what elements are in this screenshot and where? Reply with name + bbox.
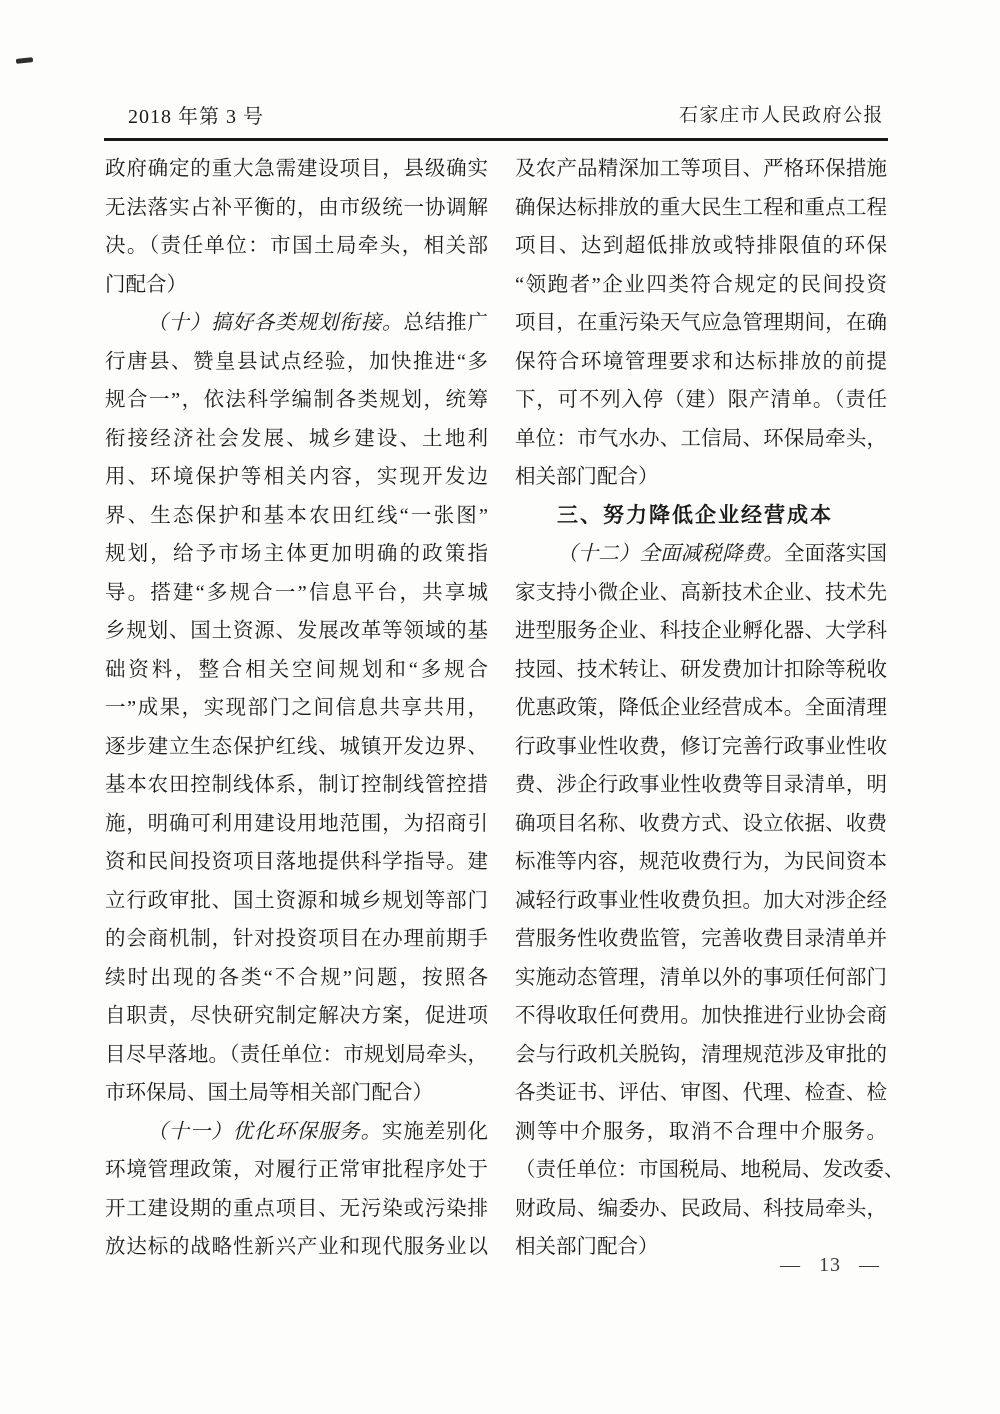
body-text: 市环保局、国土局等相关部门配合）	[105, 1082, 433, 1104]
text-line: 减轻行政事业性收费负担。加大对涉企经	[515, 882, 887, 921]
body-text: 及农产品精深加工等项目、严格环保措施	[515, 158, 887, 180]
text-line: 实施动态管理，清单以外的事项任何部门	[515, 959, 887, 998]
item-title-text: （十二）全面减税降费。	[557, 543, 784, 565]
body-text: 确项目名称、收费方式、设立依据、收费	[515, 813, 887, 835]
text-line: 用、环境保护等相关内容，实现开发边	[105, 458, 488, 497]
text-line: 开工建设期的重点项目、无污染或污染排	[105, 1190, 488, 1229]
text-line: （十）搞好各类规划衔接。总结推广	[105, 304, 488, 343]
header-publication-title: 石家庄市人民政府公报	[679, 100, 884, 127]
body-text: 基本农田控制线体系，制订控制线管控措	[105, 774, 488, 796]
text-line: 行唐县、赞皇县试点经验，加快推进“多	[105, 343, 488, 382]
body-text: 界、生态保护和基本农田红线“一张图”	[105, 505, 488, 527]
body-text: 单位：市气水办、工信局、环保局牵头，	[515, 428, 887, 450]
body-text: 逐步建立生态保护红线、城镇开发边界、	[105, 736, 488, 758]
body-text: 标准等内容，规范收费行为，为民间资本	[515, 851, 887, 873]
text-line: 确保达标排放的重大民生工程和重点工程	[515, 189, 887, 228]
text-line: 下，可不列入停（建）限产清单。（责任	[515, 381, 887, 420]
body-text: 项目、达到超低排放或特排限值的环保	[515, 235, 887, 257]
body-text: 测等中介服务，取消不合理中介服务。	[515, 1121, 887, 1143]
body-text: 优惠政策，降低企业经营成本。全面清理	[515, 697, 887, 719]
gazette-page: 2018 年第 3 号 石家庄市人民政府公报 政府确定的重大急需建设项目，县级确…	[0, 0, 1000, 1414]
text-line: 环境管理政策，对履行正常审批程序处于	[105, 1151, 488, 1190]
body-text: 三、努力降低企业经营成本	[557, 504, 833, 527]
body-text: 资和民间投资项目落地提供科学指导。建	[105, 851, 488, 873]
body-text: 实施差别化	[382, 1121, 488, 1143]
text-line: 乡规划、国土资源、发展改革等领域的基	[105, 612, 488, 651]
body-text: 导。搭建“多规合一”信息平台，共享城	[105, 582, 488, 604]
body-text: 放达标的战略性新兴产业和现代服务业以	[105, 1236, 488, 1258]
body-text: 总结推广	[403, 312, 488, 334]
text-line: 优惠政策，降低企业经营成本。全面清理	[515, 689, 887, 728]
text-line: 的会商机制，针对投资项目在办理前期手	[105, 920, 488, 959]
text-line: 标准等内容，规范收费行为，为民间资本	[515, 843, 887, 882]
text-line: 进型服务企业、科技企业孵化器、大学科	[515, 612, 887, 651]
text-line: 项目，在重污染天气应急管理期间，在确	[515, 304, 887, 343]
body-text: 确保达标排放的重大民生工程和重点工程	[515, 197, 887, 219]
text-line: 财政局、编委办、民政局、科技局牵头，	[515, 1190, 887, 1229]
body-text: 乡规划、国土资源、发展改革等领域的基	[105, 620, 488, 642]
text-line: 营服务性收费监管，完善收费目录清单并	[515, 920, 887, 959]
left-text-column: 政府确定的重大急需建设项目，县级确实无法落实占补平衡的，由市级统一协调解决。（责…	[105, 150, 488, 1267]
body-text: 的会商机制，针对投资项目在办理前期手	[105, 928, 488, 950]
text-line: 目尽早落地。（责任单位：市规划局牵头，	[105, 1036, 488, 1075]
body-text: 政府确定的重大急需建设项目，县级确实	[105, 158, 488, 180]
body-text: 营服务性收费监管，完善收费目录清单并	[515, 928, 887, 950]
text-line: 确项目名称、收费方式、设立依据、收费	[515, 805, 887, 844]
text-line: 界、生态保护和基本农田红线“一张图”	[105, 497, 488, 536]
body-text: 目尽早落地。（责任单位：市规划局牵头，	[105, 1044, 488, 1066]
body-text: 础资料，整合相关空间规划和“多规合	[105, 659, 488, 681]
body-text: 一”成果，实现部门之间信息共享共用，	[105, 697, 488, 719]
section-heading: 三、努力降低企业经营成本	[515, 497, 887, 536]
text-line: 政府确定的重大急需建设项目，县级确实	[105, 150, 488, 189]
body-text: 会与行政机关脱钩，清理规范涉及审批的	[515, 1044, 887, 1066]
body-text: 不得收取任何费用。加快推进行业协会商	[515, 1005, 887, 1027]
body-text: 技园、技术转让、研发费加计扣除等税收	[515, 659, 887, 681]
text-line: 一”成果，实现部门之间信息共享共用，	[105, 689, 488, 728]
text-line: 不得收取任何费用。加快推进行业协会商	[515, 997, 887, 1036]
body-text: 环境管理政策，对履行正常审批程序处于	[105, 1159, 488, 1181]
item-title-text: （十）搞好各类规划衔接。	[147, 312, 403, 334]
header-rule	[104, 138, 888, 141]
body-text: 相关部门配合）	[515, 1236, 659, 1258]
text-line: 决。（责任单位：市国土局牵头，相关部	[105, 227, 488, 266]
body-text: 项目，在重污染天气应急管理期间，在确	[515, 312, 887, 334]
body-text: 各类证书、评估、审图、代理、检查、检	[515, 1082, 887, 1104]
text-line: 逐步建立生态保护红线、城镇开发边界、	[105, 728, 488, 767]
text-line: 立行政审批、国土资源和城乡规划等部门	[105, 882, 488, 921]
text-line: 及农产品精深加工等项目、严格环保措施	[515, 150, 887, 189]
scan-artifact	[16, 57, 33, 64]
body-text: 规划，给予市场主体更加明确的政策指	[105, 543, 488, 565]
text-line: 无法落实占补平衡的，由市级统一协调解	[105, 189, 488, 228]
body-text: 门配合）	[105, 274, 187, 296]
text-line: （十一）优化环保服务。实施差别化	[105, 1113, 488, 1152]
body-text: 立行政审批、国土资源和城乡规划等部门	[105, 890, 488, 912]
right-text-column: 及农产品精深加工等项目、严格环保措施确保达标排放的重大民生工程和重点工程项目、达…	[515, 150, 887, 1267]
text-line: 施，明确可利用建设用地范围，为招商引	[105, 805, 488, 844]
body-text: 开工建设期的重点项目、无污染或污染排	[105, 1198, 488, 1220]
body-text: 进型服务企业、科技企业孵化器、大学科	[515, 620, 887, 642]
body-text: 相关部门配合）	[515, 466, 659, 488]
text-line: 导。搭建“多规合一”信息平台，共享城	[105, 574, 488, 613]
body-text: 行唐县、赞皇县试点经验，加快推进“多	[105, 351, 488, 373]
body-text: （责任单位：市国税局、地税局、发改委、	[515, 1159, 905, 1181]
text-line: 基本农田控制线体系，制订控制线管控措	[105, 766, 488, 805]
text-line: 项目、达到超低排放或特排限值的环保	[515, 227, 887, 266]
body-text: 下，可不列入停（建）限产清单。（责任	[515, 389, 887, 411]
text-line: “领跑者”企业四类符合规定的民间投资	[515, 266, 887, 305]
body-text: 财政局、编委办、民政局、科技局牵头，	[515, 1198, 887, 1220]
text-line: 规合一”，依法科学编制各类规划，统筹	[105, 381, 488, 420]
text-line: 测等中介服务，取消不合理中介服务。	[515, 1113, 887, 1152]
body-text: 决。（责任单位：市国土局牵头，相关部	[105, 235, 488, 257]
body-text: 实施动态管理，清单以外的事项任何部门	[515, 967, 887, 989]
body-text: 用、环境保护等相关内容，实现开发边	[105, 466, 488, 488]
text-line: 放达标的战略性新兴产业和现代服务业以	[105, 1228, 488, 1267]
body-text: 全面落实国	[784, 543, 887, 565]
body-text: 自职责，尽快研究制定解决方案，促进项	[105, 1005, 488, 1027]
text-line: 资和民间投资项目落地提供科学指导。建	[105, 843, 488, 882]
body-text: “领跑者”企业四类符合规定的民间投资	[515, 274, 887, 296]
text-line: 规划，给予市场主体更加明确的政策指	[105, 535, 488, 574]
text-line: 衔接经济社会发展、城乡建设、土地利	[105, 420, 488, 459]
text-line: 门配合）	[105, 266, 488, 305]
text-line: 行政事业性收费，修订完善行政事业性收	[515, 728, 887, 767]
text-line: 相关部门配合）	[515, 458, 887, 497]
text-line: 技园、技术转让、研发费加计扣除等税收	[515, 651, 887, 690]
text-line: （十二）全面减税降费。全面落实国	[515, 535, 887, 574]
text-line: 础资料，整合相关空间规划和“多规合	[105, 651, 488, 690]
text-line: （责任单位：市国税局、地税局、发改委、	[515, 1151, 887, 1190]
text-line: 自职责，尽快研究制定解决方案，促进项	[105, 997, 488, 1036]
text-line: 各类证书、评估、审图、代理、检查、检	[515, 1074, 887, 1113]
page-number: — 13 —	[780, 1254, 880, 1277]
body-text: 费、涉企行政事业性收费等目录清单，明	[515, 774, 887, 796]
text-line: 单位：市气水办、工信局、环保局牵头，	[515, 420, 887, 459]
body-text: 减轻行政事业性收费负担。加大对涉企经	[515, 890, 887, 912]
body-text: 规合一”，依法科学编制各类规划，统筹	[105, 389, 488, 411]
text-line: 保符合环境管理要求和达标排放的前提	[515, 343, 887, 382]
text-line: 费、涉企行政事业性收费等目录清单，明	[515, 766, 887, 805]
body-text: 行政事业性收费，修订完善行政事业性收	[515, 736, 887, 758]
body-text: 无法落实占补平衡的，由市级统一协调解	[105, 197, 488, 219]
body-text: 家支持小微企业、高新技术企业、技术先	[515, 582, 887, 604]
item-title-text: （十一）优化环保服务。	[147, 1121, 382, 1143]
text-line: 市环保局、国土局等相关部门配合）	[105, 1074, 488, 1113]
text-line: 会与行政机关脱钩，清理规范涉及审批的	[515, 1036, 887, 1075]
body-text: 保符合环境管理要求和达标排放的前提	[515, 351, 887, 373]
header-issue-number: 2018 年第 3 号	[128, 100, 264, 129]
text-line: 续时出现的各类“不合规”问题，按照各	[105, 959, 488, 998]
body-text: 续时出现的各类“不合规”问题，按照各	[105, 967, 488, 989]
body-text: 衔接经济社会发展、城乡建设、土地利	[105, 428, 488, 450]
text-line: 家支持小微企业、高新技术企业、技术先	[515, 574, 887, 613]
body-text: 施，明确可利用建设用地范围，为招商引	[105, 813, 488, 835]
